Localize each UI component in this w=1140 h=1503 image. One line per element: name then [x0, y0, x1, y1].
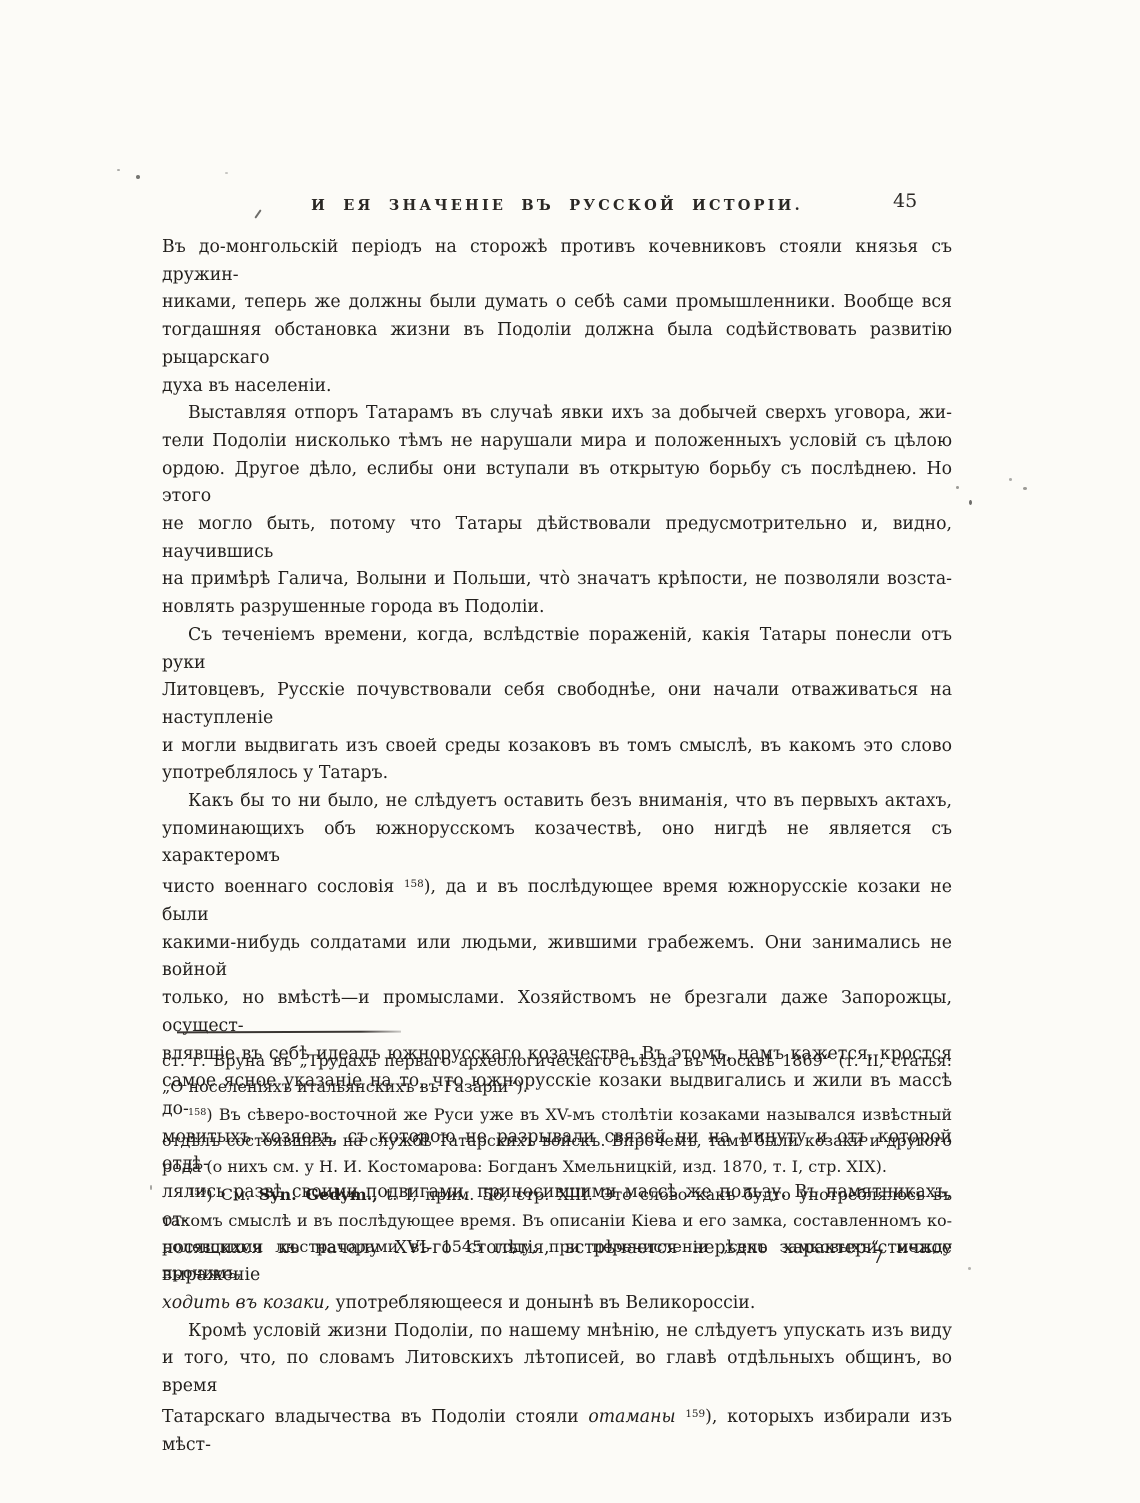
- text-line: никами, теперь же должны были думать о с…: [162, 289, 952, 317]
- text-line: Съ теченіемъ времени, когда, вслѣдствіе …: [162, 622, 952, 677]
- text-line: ролевскими люстраторами въ 1545 году, пр…: [162, 1234, 952, 1286]
- text-line: на примѣрѣ Галича, Волыни и Польши, что̀…: [162, 566, 952, 594]
- paragraph: Съ теченіемъ времени, когда, вслѣдствіе …: [162, 622, 952, 788]
- scan-speck: [956, 486, 959, 489]
- text-line: 159) См. Syn. Gedym., t. I, прим. 56, ст…: [162, 1180, 952, 1208]
- text-line: Въ до-монгольскій періодъ на сторожѣ про…: [162, 234, 952, 289]
- text-line: ордою. Другое дѣло, еслибы они вступали …: [162, 456, 952, 511]
- text-line: упоминающихъ объ южнорусскомъ козачествѣ…: [162, 816, 952, 871]
- text-line: какими-нибудь солдатами или людьми, живш…: [162, 930, 952, 985]
- text-line: Выставляя отпоръ Татарамъ въ случаѣ явки…: [162, 400, 952, 428]
- text-line: „О носеленіяхъ итальянскихъ въ Газаріи“)…: [162, 1074, 952, 1100]
- scan-speck: [117, 169, 120, 171]
- text-line: тели Подоліи нисколько тѣмъ не нарушали …: [162, 428, 952, 456]
- text-line: не могло быть, потому что Татары дѣйство…: [162, 511, 952, 566]
- book-page: И ЕЯ ЗНАЧЕНІЕ ВЪ РУССКОЙ ИСТОРІИ. 45 Въ …: [0, 0, 1140, 1503]
- text-line: и могли выдвигать изъ своей среды козако…: [162, 733, 952, 761]
- signature-number: 7: [872, 1246, 884, 1268]
- paragraph: Выставляя отпоръ Татарамъ въ случаѣ явки…: [162, 400, 952, 622]
- text-line: ст. г. Бруна въ „Трудахъ перваго археоло…: [162, 1048, 952, 1074]
- running-title: И ЕЯ ЗНАЧЕНІЕ ВЪ РУССКОЙ ИСТОРІИ.: [162, 197, 952, 214]
- scan-speck: [136, 175, 140, 179]
- footnotes: ст. г. Бруна въ „Трудахъ перваго археоло…: [162, 1048, 952, 1286]
- scan-speck: [1009, 478, 1012, 481]
- text-line: новлять разрушенные города въ Подоліи.: [162, 594, 952, 622]
- scan-speck: [968, 1267, 971, 1270]
- text-line: такомъ смыслѣ и въ послѣдующее время. Въ…: [162, 1208, 952, 1234]
- scan-speck: [1023, 487, 1027, 490]
- paragraph: Въ до-монгольскій періодъ на сторожѣ про…: [162, 234, 952, 400]
- scan-speck: [969, 500, 972, 505]
- scan-speck: [225, 172, 228, 174]
- text-line: рода (о нихъ см. у Н. И. Костомарова: Бо…: [162, 1154, 952, 1180]
- text-line: Татарскаго владычества въ Подоліи стояли…: [162, 1401, 952, 1460]
- text-line: ходить въ козаки, употребляющееся и доны…: [162, 1290, 952, 1318]
- text-line: отдѣлъ состоявшихъ на службѣ Татарскихъ …: [162, 1128, 952, 1154]
- text-line: Какъ бы то ни было, не слѣдуетъ оставить…: [162, 788, 952, 816]
- scan-speck: [150, 1185, 152, 1190]
- text-line: духа въ населеніи.: [162, 373, 952, 401]
- paragraph: ст. г. Бруна въ „Трудахъ перваго археоло…: [162, 1048, 952, 1100]
- text-line: чисто военнаго сословія 158), да и въ по…: [162, 871, 952, 930]
- paragraph: Кромѣ условій жизни Подоліи, по нашему м…: [162, 1318, 952, 1460]
- text-line: и того, что, по словамъ Литовскихъ лѣтоп…: [162, 1345, 952, 1400]
- page-number: 45: [893, 190, 917, 212]
- paragraph: 158) Въ сѣверо-восточной же Руси уже въ …: [162, 1100, 952, 1180]
- paragraph: 159) См. Syn. Gedym., t. I, прим. 56, ст…: [162, 1180, 952, 1286]
- text-line: Кромѣ условій жизни Подоліи, по нашему м…: [162, 1318, 952, 1346]
- text-line: 158) Въ сѣверо-восточной же Руси уже въ …: [162, 1100, 952, 1128]
- text-line: употреблялось у Татаръ.: [162, 760, 952, 788]
- text-line: Литовцевъ, Русскіе почувствовали себя св…: [162, 677, 952, 732]
- text-line: тогдашняя обстановка жизни въ Подоліи до…: [162, 317, 952, 372]
